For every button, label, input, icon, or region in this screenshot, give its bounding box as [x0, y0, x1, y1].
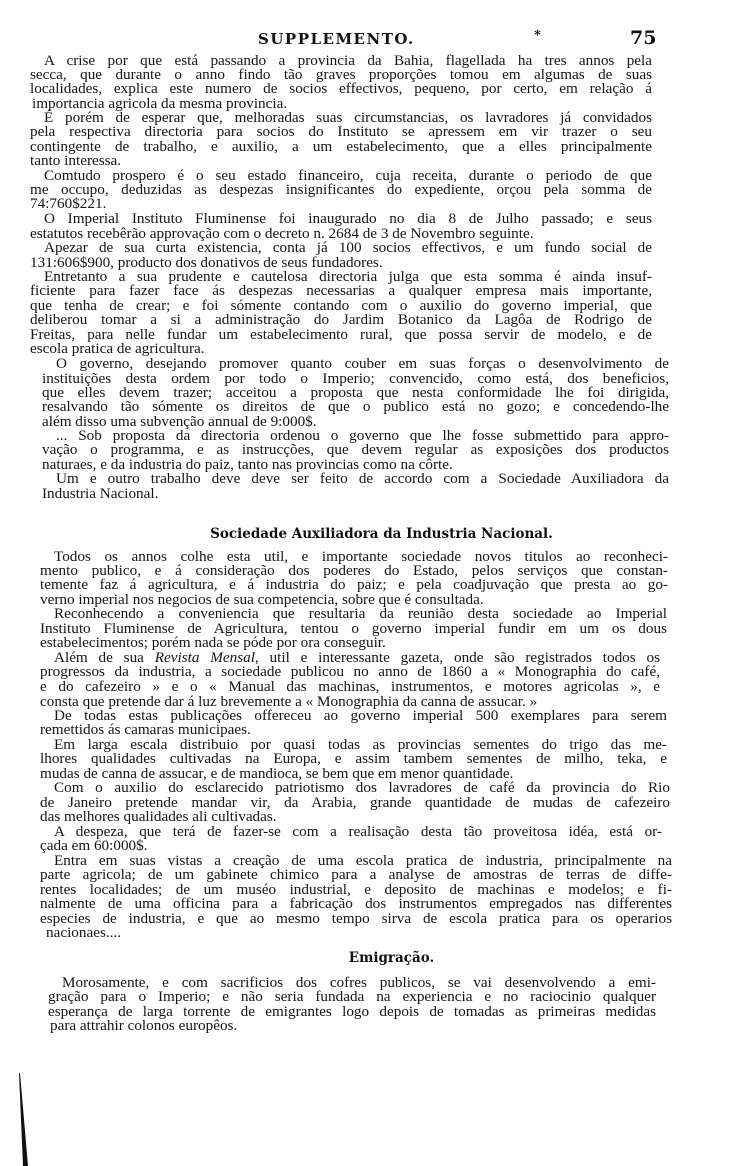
text-line: Reconhecendo a conveniencia que resultar…: [40, 606, 667, 621]
text-line: vação o programma, e as instrucções, que…: [42, 442, 669, 457]
text-line: nalmente de uma officina para a fabricaç…: [40, 896, 672, 911]
text-line: resalvando tão sómente os direitos de qu…: [42, 399, 669, 414]
section-heading-emigracao: Emigração.: [18, 950, 747, 966]
text-line: escola pratica de agricultura.: [30, 341, 652, 356]
text-line: localidades, explica este numero de soci…: [30, 81, 652, 96]
text-line: tanto interessa.: [30, 153, 652, 168]
text-line: pela respectiva directoria para socios d…: [30, 124, 652, 139]
text-line: Um e outro trabalho deve deve ser feito …: [42, 471, 669, 486]
scan-edge-mark-icon: [19, 1073, 29, 1166]
text-line: Apezar de sua curta existencia, conta já…: [30, 240, 652, 255]
text-line: parte agricola; de um gabinete chimico p…: [40, 867, 672, 882]
text-line: contingente de trabalho, e auxilio, a um…: [30, 139, 652, 154]
text-line: ficiente para fazer face ás despezas nec…: [30, 283, 652, 298]
text-line: nacionaes....: [46, 925, 676, 940]
text-line: me occupo, deduzidas as despezas insigni…: [30, 182, 652, 197]
text-line: remettidos ás camaras municipaes.: [40, 722, 670, 737]
signature-mark: *: [534, 28, 541, 43]
running-header-title: SUPPLEMENTO.: [258, 30, 415, 48]
text-line: especies de industria, e que ao mesmo te…: [40, 911, 672, 926]
text-line: Industria Nacional.: [42, 486, 669, 501]
text-line: lhores qualidades cultivadas na Europa, …: [40, 751, 667, 766]
text-line: çada em 60:000$.: [40, 838, 670, 853]
text-line: das melhores qualidades ali cultivadas.: [40, 809, 670, 824]
text-line: O governo, desejando promover quanto cou…: [42, 356, 669, 371]
text-line: O Imperial Instituto Fluminense foi inau…: [30, 211, 652, 226]
text-line: 74:760$221.: [30, 196, 652, 211]
text-line: para attrahir colonos europêos.: [50, 1018, 672, 1033]
text-line: Com o auxilio do esclarecido patriotismo…: [40, 780, 670, 795]
text-line: e do cafezeiro » e o « Manual das machin…: [40, 679, 660, 694]
text-line: deliberou tomar a si a administração do …: [30, 312, 652, 327]
text-line: estabelecimentos; porém nada se póde por…: [40, 635, 670, 650]
text-line: progressos da industria, a sociedade pub…: [40, 664, 660, 679]
page-number: 75: [630, 27, 656, 49]
section-heading-sociedade: Sociedade Auxiliadora da Industria Nacio…: [8, 526, 747, 542]
text-line: gração para o Imperio; e não seria funda…: [48, 989, 656, 1004]
document-page: SUPPLEMENTO. * 75 A crise por que está p…: [0, 0, 747, 1166]
text-line: temente faz á agricultura, e á industria…: [40, 577, 668, 592]
